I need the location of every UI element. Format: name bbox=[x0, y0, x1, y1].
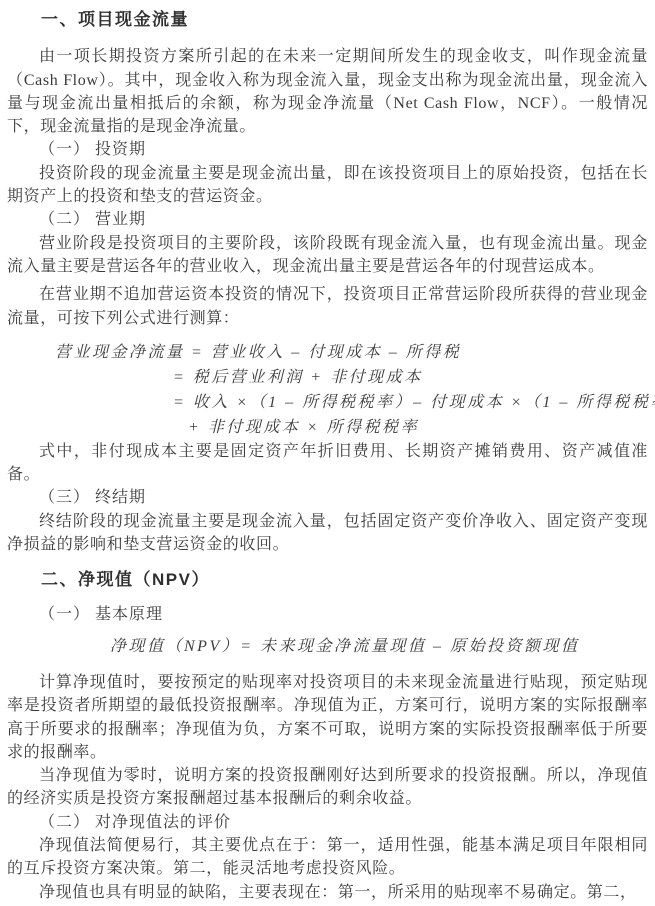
paragraph-operating-period: 营业阶段是投资项目的主要阶段，该阶段既有现金流入量，也有现金流出量。现金流入量主… bbox=[7, 232, 648, 279]
paragraph-terminal-period: 终结阶段的现金流量主要是现金流入量，包括固定资产变价净收入、固定资产变现净损益的… bbox=[7, 510, 648, 557]
subheading-npv-evaluation: （二） 对净现值法的评价 bbox=[7, 811, 648, 834]
subheading-operating-period: （二） 营业期 bbox=[7, 208, 648, 231]
formula-npv: 净现值（NPV）= 未来现金净流量现值 – 原始投资额现值 bbox=[110, 634, 648, 659]
paragraph-npv-drawbacks: 净现值也具有明显的缺陷，主要表现在：第一，所采用的贴现率不易确定。第二， bbox=[7, 881, 648, 904]
formula-line-3: = 收入 ×（1 – 所得税税率）– 付现成本 ×（1 – 所得税税率） bbox=[173, 390, 648, 415]
paragraph-npv-zero: 当净现值为零时，说明方案的投资报酬刚好达到所要求的投资报酬。所以，净现值的经济实… bbox=[7, 764, 648, 811]
paragraph-noncash-cost-note: 式中，非付现成本主要是固定资产年折旧费用、长期资产摊销费用、资产减值准备。 bbox=[7, 440, 648, 487]
heading-npv: 二、净现值（NPV） bbox=[7, 568, 648, 591]
formula-line-2: = 税后营业利润 + 非付现成本 bbox=[173, 365, 648, 390]
heading-project-cash-flow: 一、项目现金流量 bbox=[7, 8, 648, 31]
paragraph-formula-lead-in: 在营业期不追加营运资本投资的情况下，投资项目正常营运阶段所获得的营业现金流量，可… bbox=[7, 283, 648, 330]
paragraph-investment-period: 投资阶段的现金流量主要是现金流出量，即在该投资项目上的原始投资，包括在长期资产上… bbox=[7, 162, 648, 209]
paragraph-npv-calculation: 计算净现值时，要按预定的贴现率对投资项目的未来现金流量进行贴现，预定贴现率是投资… bbox=[7, 671, 648, 764]
formula-line-1: 营业现金净流量 = 营业收入 – 付现成本 – 所得税 bbox=[55, 340, 648, 365]
paragraph-cash-flow-definition: 由一项长期投资方案所引起的在未来一定期间所发生的现金收支，叫作现金流量（Cash… bbox=[7, 45, 648, 138]
subheading-investment-period: （一） 投资期 bbox=[7, 138, 648, 161]
subheading-terminal-period: （三） 终结期 bbox=[7, 486, 648, 509]
formula-line-4: + 非付现成本 × 所得税税率 bbox=[188, 415, 648, 440]
paragraph-npv-advantages: 净现值法简便易行，其主要优点在于：第一，适用性强，能基本满足项目年限相同的互斥投… bbox=[7, 834, 648, 881]
textbook-page: 一、项目现金流量 由一项长期投资方案所引起的在未来一定期间所发生的现金收支，叫作… bbox=[0, 0, 655, 906]
formula-operating-net-cash-flow: 营业现金净流量 = 营业收入 – 付现成本 – 所得税 = 税后营业利润 + 非… bbox=[55, 340, 648, 440]
subheading-basic-principle: （一） 基本原理 bbox=[7, 603, 648, 626]
